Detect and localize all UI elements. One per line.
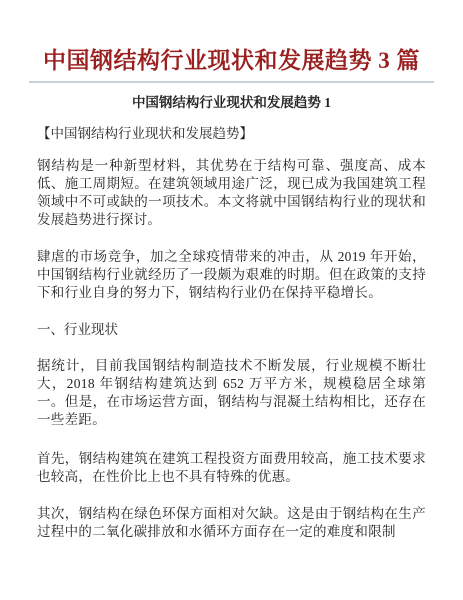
paragraph-market-impact: 肆虐的市场竞争，加之全球疫情带来的冲击，从 2019 年开始，中国钢结构行业就经… xyxy=(37,248,426,302)
paragraph-statistics: 据统计，目前我国钢结构制造技术不断发展，行业规模不断壮大，2018 年钢结构建筑… xyxy=(37,357,426,429)
title-divider xyxy=(29,81,434,83)
document-page: 中国钢结构行业现状和发展趋势 3 篇 中国钢结构行业现状和发展趋势 1 【中国钢… xyxy=(0,0,463,600)
section-label: 【中国钢结构行业现状和发展趋势】 xyxy=(37,125,426,143)
document-subtitle: 中国钢结构行业现状和发展趋势 1 xyxy=(37,94,426,112)
paragraph-second-point: 其次，钢结构在绿色环保方面相对欠缺。这是由于钢结构在生产过程中的二氧化碳排放和水… xyxy=(37,505,426,541)
document-title: 中国钢结构行业现状和发展趋势 3 篇 xyxy=(37,46,426,76)
paragraph-first-point: 首先，钢结构建筑在建筑工程投资方面费用较高，施工技术要求也较高，在性价比上也不具… xyxy=(37,450,426,486)
section-heading-industry-status: 一、行业现状 xyxy=(37,321,426,339)
paragraph-intro: 钢结构是一种新型材料，其优势在于结构可靠、强度高、成本低、施工周期短。在建筑领域… xyxy=(37,157,426,229)
